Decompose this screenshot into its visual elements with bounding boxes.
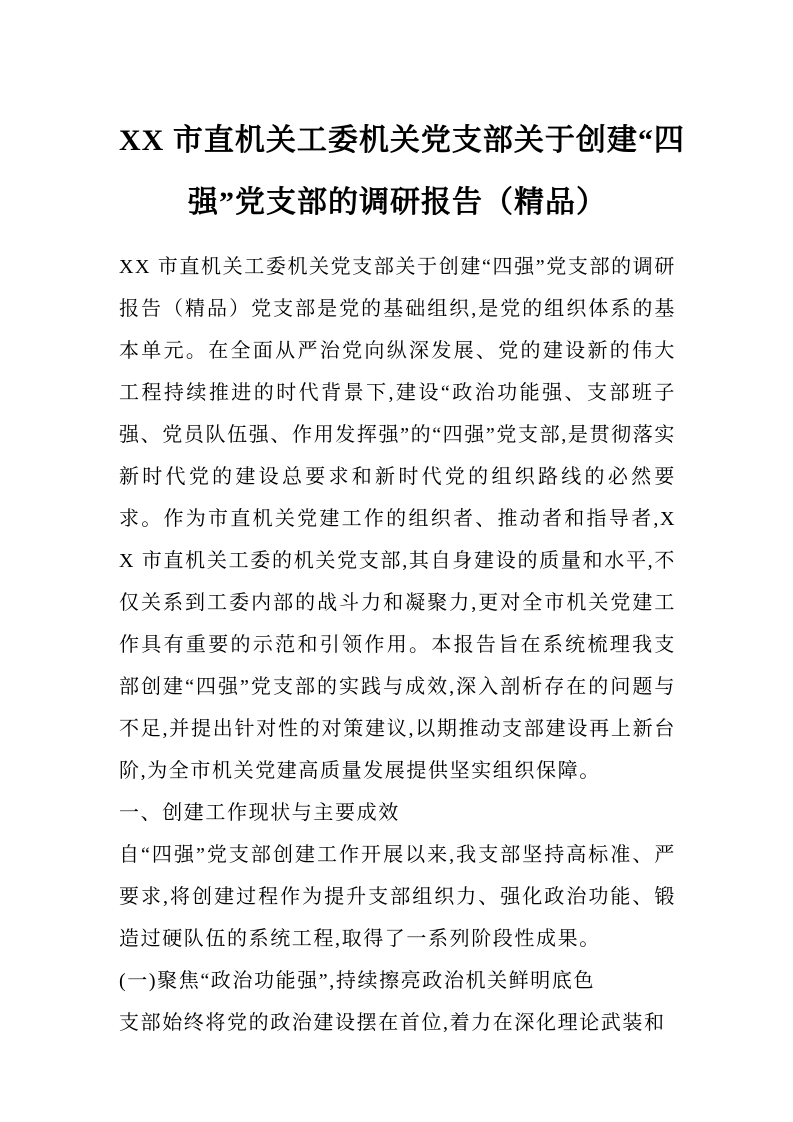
subsection-1-1-paragraph: 支部始终将党的政治建设摆在首位,着力在深化理论武装和 bbox=[119, 1002, 676, 1044]
document-title-line-1: XX 市直机关工委机关党支部关于创建“四 bbox=[119, 110, 676, 172]
document-title-line-2: 强”党支部的调研报告（精品） bbox=[119, 172, 676, 234]
subsection-heading-1-1: (一)聚焦“政治功能强”,持续擦亮政治机关鲜明底色 bbox=[119, 960, 676, 1002]
section-heading-1: 一、创建工作现状与主要成效 bbox=[119, 792, 676, 834]
document-title: XX 市直机关工委机关党支部关于创建“四 强”党支部的调研报告（精品） bbox=[119, 110, 676, 234]
intro-paragraph: XX 市直机关工委机关党支部关于创建“四强”党支部的调研报告（精品）党支部是党的… bbox=[119, 246, 676, 792]
section-1-intro-paragraph: 自“四强”党支部创建工作开展以来,我支部坚持高标准、严要求,将创建过程作为提升支… bbox=[119, 834, 676, 960]
document-page: XX 市直机关工委机关党支部关于创建“四 强”党支部的调研报告（精品） XX 市… bbox=[0, 0, 793, 1122]
document-body: XX 市直机关工委机关党支部关于创建“四强”党支部的调研报告（精品）党支部是党的… bbox=[119, 246, 676, 1044]
